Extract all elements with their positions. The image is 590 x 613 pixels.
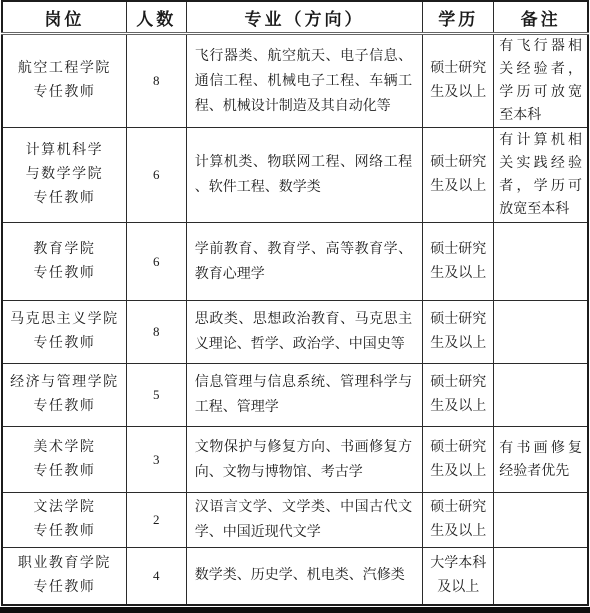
table-bottom-border-bar [0, 607, 590, 613]
education-cell: 硕士研究生及以上 [423, 128, 494, 223]
position-cell: 美术学院 专任教师 [2, 427, 126, 493]
position-cell: 经济与管理学院 专任教师 [2, 364, 126, 427]
headcount-cell: 4 [126, 548, 186, 605]
majors-cell: 数学类、历史学、机电类、汽修类 [186, 548, 422, 605]
remark-cell: 有计算机相关实践经验者，学历可放宽至本科 [494, 128, 588, 223]
table-row: 美术学院 专任教师3文物保护与修复方向、书画修复方向、文物与博物馆、考古学硕士研… [2, 427, 588, 493]
position-cell: 航空工程学院 专任教师 [2, 34, 126, 128]
table-row: 文法学院 专任教师2汉语言文学、文学类、中国古代文学、中国近现代文学硕士研究生及… [2, 493, 588, 548]
majors-cell: 信息管理与信息系统、管理科学与工程、管理学 [186, 364, 422, 427]
headcount-cell: 6 [126, 128, 186, 223]
header-row: 岗位 人数 专业（方向） 学历 备注 [2, 1, 588, 34]
position-cell: 马克思主义学院 专任教师 [2, 301, 126, 364]
table-row: 经济与管理学院 专任教师5信息管理与信息系统、管理科学与工程、管理学硕士研究生及… [2, 364, 588, 427]
table-body: 航空工程学院 专任教师8飞行器类、航空航天、电子信息、通信工程、机械电子工程、车… [2, 34, 588, 605]
remark-cell: 有书画修复经验者优先 [494, 427, 588, 493]
recruitment-notice-sheet: 岗位 人数 专业（方向） 学历 备注 航空工程学院 专任教师8飞行器类、航空航天… [0, 0, 590, 613]
table-row: 职业教育学院 专任教师4数学类、历史学、机电类、汽修类大学本科及以上 [2, 548, 588, 605]
table-row: 教育学院 专任教师6学前教育、教育学、高等教育学、教育心理学硕士研究生及以上 [2, 223, 588, 301]
majors-cell: 汉语言文学、文学类、中国古代文学、中国近现代文学 [186, 493, 422, 548]
majors-cell: 飞行器类、航空航天、电子信息、通信工程、机械电子工程、车辆工程、机械设计制造及其… [186, 34, 422, 128]
remark-cell [494, 223, 588, 301]
position-cell: 文法学院 专任教师 [2, 493, 126, 548]
majors-cell: 计算机类、物联网工程、网络工程、软件工程、数学类 [186, 128, 422, 223]
headcount-cell: 5 [126, 364, 186, 427]
majors-cell: 思政类、思想政治教育、马克思主义理论、哲学、政治学、中国史等 [186, 301, 422, 364]
position-cell: 教育学院 专任教师 [2, 223, 126, 301]
education-cell: 硕士研究生及以上 [423, 301, 494, 364]
table-row: 马克思主义学院 专任教师8思政类、思想政治教育、马克思主义理论、哲学、政治学、中… [2, 301, 588, 364]
col-header-remark: 备注 [494, 1, 588, 34]
remark-cell [494, 364, 588, 427]
recruitment-table: 岗位 人数 专业（方向） 学历 备注 航空工程学院 专任教师8飞行器类、航空航天… [1, 0, 589, 606]
position-cell: 职业教育学院 专任教师 [2, 548, 126, 605]
position-cell: 计算机科学 与数学学院 专任教师 [2, 128, 126, 223]
col-header-position: 岗位 [2, 1, 126, 34]
education-cell: 硕士研究生及以上 [423, 34, 494, 128]
education-cell: 硕士研究生及以上 [423, 427, 494, 493]
table-row: 航空工程学院 专任教师8飞行器类、航空航天、电子信息、通信工程、机械电子工程、车… [2, 34, 588, 128]
headcount-cell: 2 [126, 493, 186, 548]
remark-cell [494, 548, 588, 605]
col-header-education: 学历 [423, 1, 494, 34]
majors-cell: 文物保护与修复方向、书画修复方向、文物与博物馆、考古学 [186, 427, 422, 493]
col-header-headcount: 人数 [126, 1, 186, 34]
remark-cell: 有飞行器相关经验者，学历可放宽至本科 [494, 34, 588, 128]
education-cell: 硕士研究生及以上 [423, 223, 494, 301]
education-cell: 硕士研究生及以上 [423, 493, 494, 548]
headcount-cell: 8 [126, 301, 186, 364]
table-row: 计算机科学 与数学学院 专任教师6计算机类、物联网工程、网络工程、软件工程、数学… [2, 128, 588, 223]
education-cell: 大学本科及以上 [423, 548, 494, 605]
education-cell: 硕士研究生及以上 [423, 364, 494, 427]
remark-cell [494, 493, 588, 548]
majors-cell: 学前教育、教育学、高等教育学、教育心理学 [186, 223, 422, 301]
headcount-cell: 3 [126, 427, 186, 493]
remark-cell [494, 301, 588, 364]
headcount-cell: 6 [126, 223, 186, 301]
col-header-majors: 专业（方向） [186, 1, 422, 34]
table-header: 岗位 人数 专业（方向） 学历 备注 [2, 1, 588, 34]
headcount-cell: 8 [126, 34, 186, 128]
